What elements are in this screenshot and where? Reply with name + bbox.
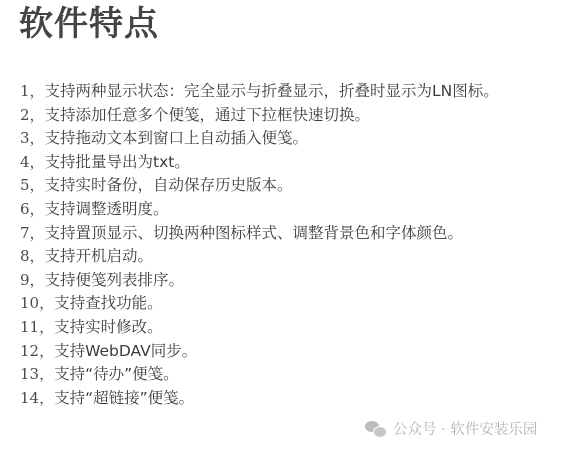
list-item: 9，支持便笺列表排序。	[20, 269, 499, 293]
item-text: 支持实时修改。	[54, 318, 163, 336]
item-text: 支持调整透明度。	[45, 200, 169, 218]
list-item: 14，支持“超链接”便笺。	[20, 387, 499, 411]
item-text: 支持添加任意多个便笺，通过下拉框快速切换。	[45, 106, 371, 124]
item-text: 支持“待办”便笺。	[54, 365, 179, 383]
list-item: 1，支持两种显示状态：完全显示与折叠显示，折叠时显示为LN图标。	[20, 80, 499, 104]
list-item: 4，支持批量导出为txt。	[20, 151, 499, 175]
item-number: 12，	[20, 342, 54, 360]
item-number: 7，	[20, 224, 45, 242]
list-item: 11，支持实时修改。	[20, 316, 499, 340]
list-item: 13，支持“待办”便笺。	[20, 363, 499, 387]
item-text: 支持查找功能。	[54, 294, 163, 312]
list-item: 12，支持WebDAV同步。	[20, 340, 499, 364]
item-text: 支持置顶显示、切换两种图标样式、调整背景色和字体颜色。	[45, 224, 464, 242]
item-number: 3，	[20, 129, 45, 147]
list-item: 3，支持拖动文本到窗口上自动插入便笺。	[20, 127, 499, 151]
item-number: 6，	[20, 200, 45, 218]
list-item: 7，支持置顶显示、切换两种图标样式、调整背景色和字体颜色。	[20, 222, 499, 246]
item-text: 支持批量导出为txt。	[45, 153, 190, 171]
item-number: 14，	[20, 389, 54, 407]
watermark: 公众号 · 软件安装乐园	[365, 418, 537, 439]
item-text: 支持两种显示状态：完全显示与折叠显示，折叠时显示为LN图标。	[45, 82, 499, 100]
item-text: 支持实时备份，自动保存历史版本。	[45, 176, 293, 194]
item-number: 13，	[20, 365, 54, 383]
item-number: 9，	[20, 271, 45, 289]
item-number: 10，	[20, 294, 54, 312]
item-number: 4，	[20, 153, 45, 171]
item-number: 1，	[20, 82, 45, 100]
list-item: 6，支持调整透明度。	[20, 198, 499, 222]
feature-list: 1，支持两种显示状态：完全显示与折叠显示，折叠时显示为LN图标。 2，支持添加任…	[20, 80, 499, 410]
list-item: 10，支持查找功能。	[20, 292, 499, 316]
item-number: 8，	[20, 247, 45, 265]
item-text: 支持“超链接”便笺。	[54, 389, 194, 407]
item-text: 支持拖动文本到窗口上自动插入便笺。	[45, 129, 309, 147]
item-number: 11，	[20, 318, 54, 336]
watermark-text: 公众号 · 软件安装乐园	[393, 418, 537, 439]
item-number: 5，	[20, 176, 45, 194]
page-title: 软件特点	[19, 4, 159, 44]
list-item: 2，支持添加任意多个便笺，通过下拉框快速切换。	[20, 104, 499, 128]
item-number: 2，	[20, 106, 45, 124]
item-text: 支持开机启动。	[45, 247, 154, 265]
list-item: 5，支持实时备份，自动保存历史版本。	[20, 174, 499, 198]
list-item: 8，支持开机启动。	[20, 245, 499, 269]
item-text: 支持WebDAV同步。	[54, 342, 197, 360]
wechat-icon	[365, 420, 387, 438]
item-text: 支持便笺列表排序。	[45, 271, 185, 289]
